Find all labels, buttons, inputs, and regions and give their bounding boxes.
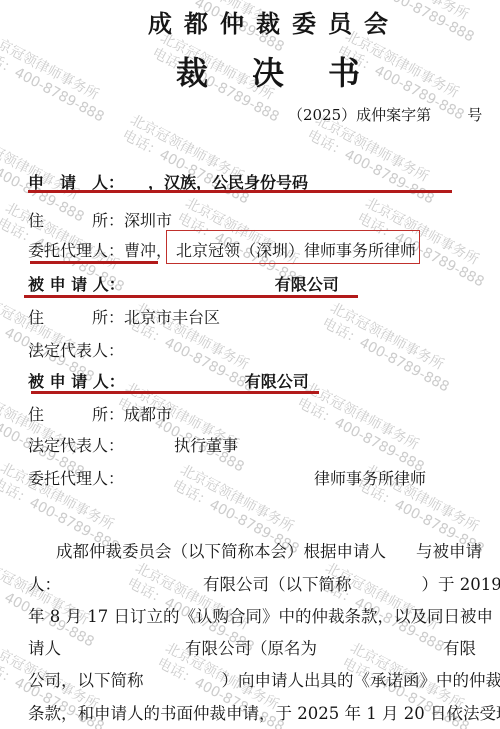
body-line: 成都仲裁委员会（以下简称本会）根据申请人与被申请 xyxy=(56,538,500,562)
case-number: （2025）成仲案字第号 xyxy=(288,104,482,125)
respondent-2-row: 被 申 请 人：有限公司 xyxy=(28,369,309,392)
agent-label: 委托代理人： xyxy=(28,469,124,488)
agent-label: 委托代理人： xyxy=(28,241,124,260)
respondent-1-legal-rep-row: 法定代表人： xyxy=(28,338,124,361)
org-title: 成都仲裁委员会 xyxy=(0,4,500,39)
respondent-2-legal-rep-row: 法定代表人：执行董事 xyxy=(28,433,238,456)
address-value: 北京市丰台区 xyxy=(124,308,220,327)
legal-rep-value: 执行董事 xyxy=(174,436,238,455)
body-text: 有限公司（原名为 xyxy=(185,639,317,658)
document-page: 成都仲裁委员会 裁决书 （2025）成仲案字第号 申 请 人：，汉族，公民身份号… xyxy=(0,0,500,729)
legal-rep-label: 法定代表人： xyxy=(28,341,124,360)
case-number-prefix: （2025）成仲案字第 xyxy=(288,106,431,124)
body-text: 与被申请 xyxy=(416,542,482,561)
body-text: 公司，以下简称 xyxy=(28,671,144,690)
respondent-2-address-row: 住 所：成都市 xyxy=(28,402,172,425)
highlight-box xyxy=(166,230,420,264)
address-label: 住 所： xyxy=(28,211,124,230)
respondent-value: 有限公司 xyxy=(275,275,339,294)
body-text: 有限 xyxy=(443,639,476,658)
respondent-label: 被 申 请 人： xyxy=(28,372,125,391)
body-line: 年 8 月 17 日订立的《认购合同》中的仲裁条款，以及同日被申 xyxy=(28,603,474,627)
agent-value: 律师事务所律师 xyxy=(314,469,426,488)
document-title: 裁决书 xyxy=(0,48,500,94)
legal-rep-label: 法定代表人： xyxy=(28,436,124,455)
address-label: 住 所： xyxy=(28,308,124,327)
body-line: 人：有限公司（以下简称）于 2019 xyxy=(28,571,474,595)
respondent-2-agent-row: 委托代理人：律师事务所律师 xyxy=(28,466,426,489)
respondent-label: 被 申 请 人： xyxy=(28,275,125,294)
case-number-suffix: 号 xyxy=(467,106,482,124)
address-value: 深圳市 xyxy=(124,211,172,230)
applicant-address-row: 住 所：深圳市 xyxy=(28,208,172,231)
body-text: ）向申请人出具的《承诺函》中的仲裁 xyxy=(222,671,500,690)
body-line: 条款，和申请人的书面仲裁申请，于 2025 年 1 月 20 日依法受理 xyxy=(28,700,474,724)
body-text: 条款，和申请人的书面仲裁申请，于 2025 年 1 月 20 日依法受理 xyxy=(28,704,500,723)
respondent-value: 有限公司 xyxy=(245,372,309,391)
body-text: ）于 2019 xyxy=(422,575,500,594)
red-underline xyxy=(28,190,452,193)
body-text: 成都仲裁委员会（以下简称本会）根据申请人 xyxy=(56,542,386,561)
agent-name: 曹冲， xyxy=(124,241,172,260)
red-underline xyxy=(24,295,358,298)
body-text: 年 8 月 17 日订立的《认购合同》中的仲裁条款，以及同日被申 xyxy=(28,607,493,626)
address-value: 成都市 xyxy=(124,405,172,424)
red-underline xyxy=(31,391,319,394)
red-underline xyxy=(30,261,158,264)
body-line: 请人有限公司（原名为有限 xyxy=(28,635,474,659)
body-text: 人： xyxy=(28,575,61,594)
respondent-1-address-row: 住 所：北京市丰台区 xyxy=(28,305,220,328)
body-text: 请人 xyxy=(28,639,61,658)
body-line: 公司，以下简称）向申请人出具的《承诺函》中的仲裁 xyxy=(28,667,474,691)
address-label: 住 所： xyxy=(28,405,124,424)
respondent-1-row: 被 申 请 人：有限公司 xyxy=(28,272,339,295)
body-text: 有限公司（以下简称 xyxy=(203,575,352,594)
